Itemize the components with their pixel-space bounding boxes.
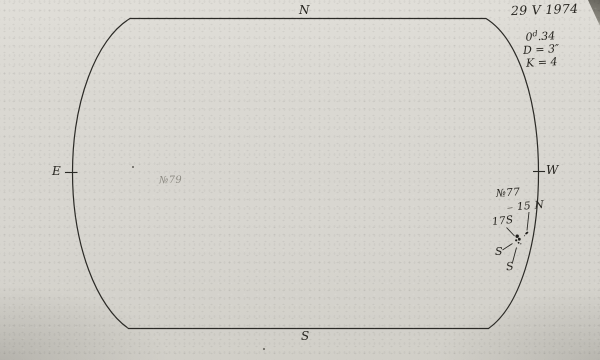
pointer-line-15n — [527, 212, 529, 231]
group-77-label: №77 — [496, 187, 521, 199]
pencil-dash — [508, 208, 513, 209]
compass-south-label: S — [301, 330, 310, 342]
pointer-line-17s — [507, 228, 515, 237]
sunspot-limb — [525, 231, 529, 235]
south-spot-label-left: S — [495, 246, 503, 257]
sunspot-group-77 — [515, 231, 529, 244]
solar-observation-photo: N S E W 29 V 1974 0d.34 D = 3″ K = 4 №79… — [0, 0, 600, 360]
compass-west-label: W — [546, 164, 559, 176]
speck — [263, 348, 265, 350]
solar-disk-drawing — [0, 0, 600, 360]
pointer-line-s-left — [503, 244, 513, 251]
observation-params: 0d.34 D = 3″ K = 4 — [512, 26, 570, 71]
latitude-17s-label: 17S — [492, 215, 514, 228]
group-79-label: №79 — [159, 176, 182, 187]
speck — [132, 166, 134, 168]
latitude-15n-label: 15 N — [517, 200, 545, 213]
observation-date: 29 V 1974 — [511, 3, 579, 18]
compass-east-label: E — [52, 165, 61, 177]
time-decimal: .34 — [537, 29, 555, 43]
compass-north-label: N — [299, 4, 310, 16]
south-spot-label-bottom: S — [506, 261, 515, 273]
solar-disk-outline — [73, 19, 539, 329]
